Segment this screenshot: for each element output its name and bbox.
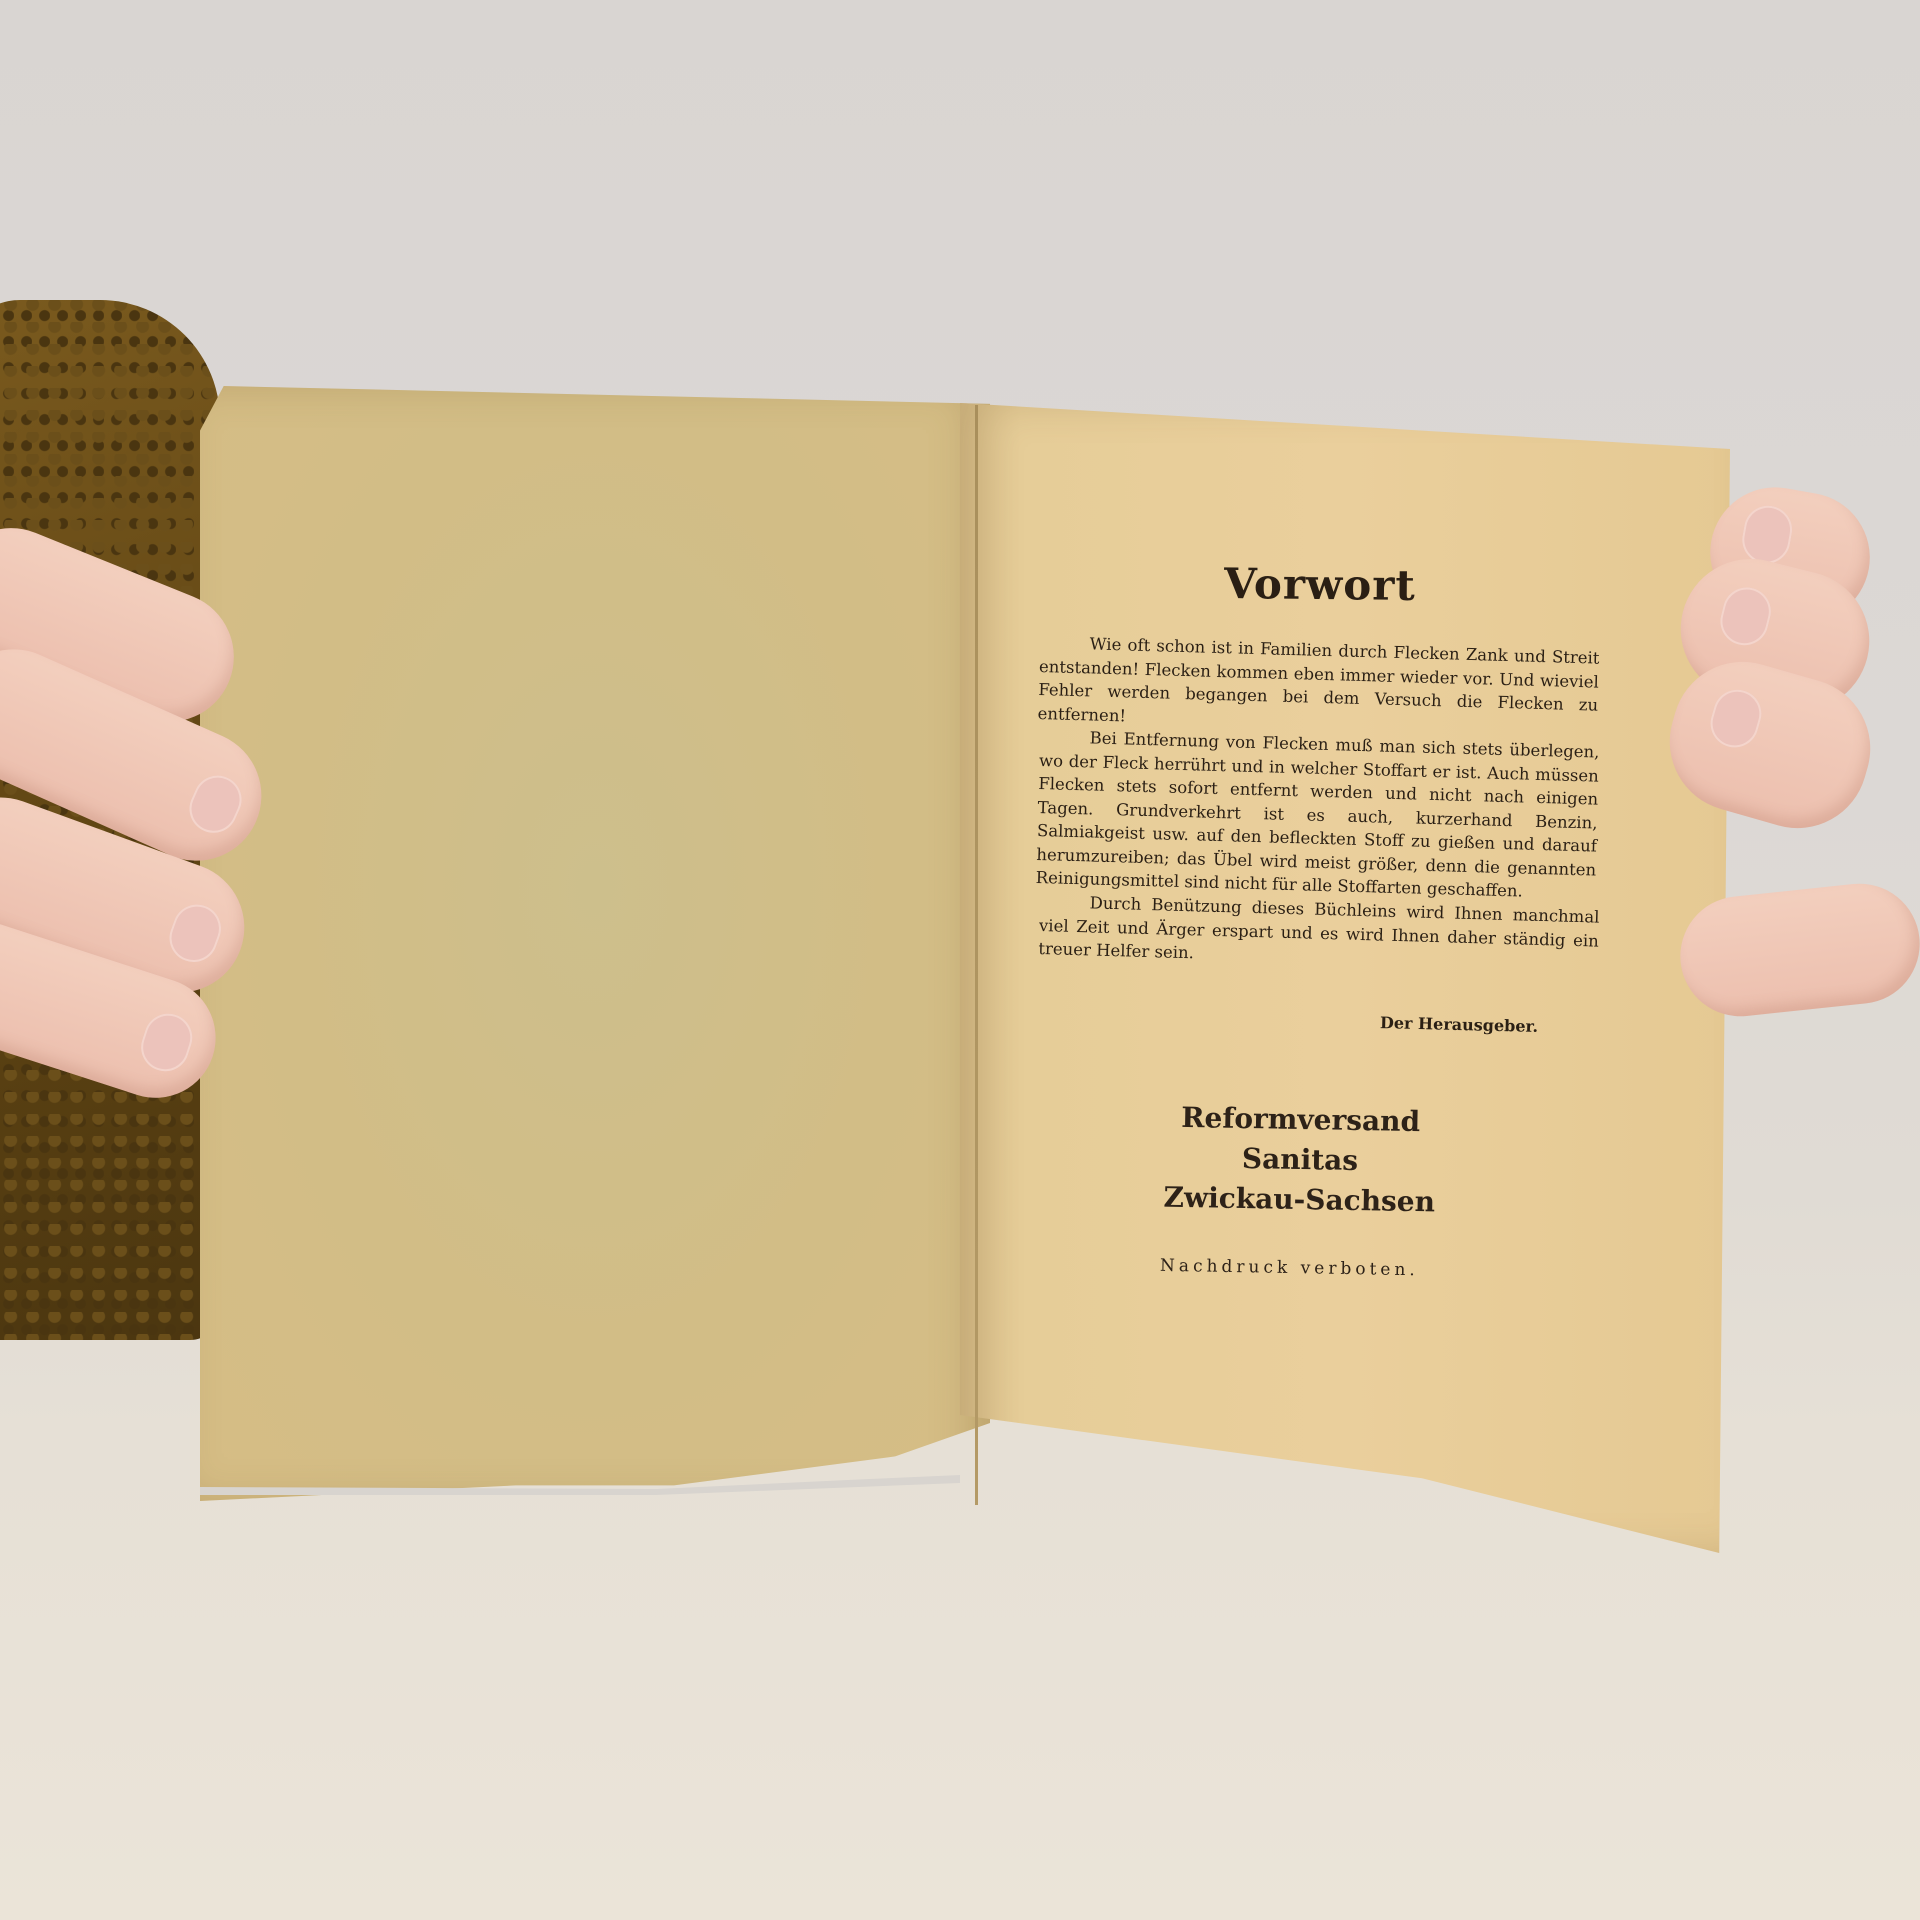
booklet-spine [975, 405, 978, 1505]
booklet-left-page [200, 386, 990, 1501]
paragraph-text: Durch Benützung dieses Büchleins wird Ih… [1038, 893, 1600, 962]
foreword-paragraph-1: Wie oft schon ist in Familien durch Flec… [1037, 631, 1599, 741]
photo-scene: Vorwort Wie oft schon ist in Familien du… [0, 0, 1920, 1920]
publisher-name: Reformversand Sanitas [1120, 1097, 1481, 1183]
foreword-paragraph-2: Bei Entfernung von Flecken muß man sich … [1035, 725, 1599, 905]
publisher-location: Zwickau-Sachsen [1119, 1177, 1480, 1223]
paragraph-text: Bei Entfernung von Flecken muß man sich … [1035, 728, 1599, 900]
paragraph-text: Wie oft schon ist in Familien durch Flec… [1037, 634, 1599, 725]
right-hand [1650, 470, 1920, 1090]
page-title: Vorwort [1040, 557, 1600, 612]
publisher-imprint: Reformversand Sanitas Zwickau-Sachsen [1119, 1097, 1481, 1223]
foreword-text-block: Vorwort Wie oft schon ist in Familien du… [1040, 560, 1600, 960]
signature: Der Herausgeber. [1380, 1013, 1538, 1036]
foreword-paragraph-3: Durch Benützung dieses Büchleins wird Ih… [1038, 890, 1600, 976]
left-hand [0, 540, 300, 1100]
